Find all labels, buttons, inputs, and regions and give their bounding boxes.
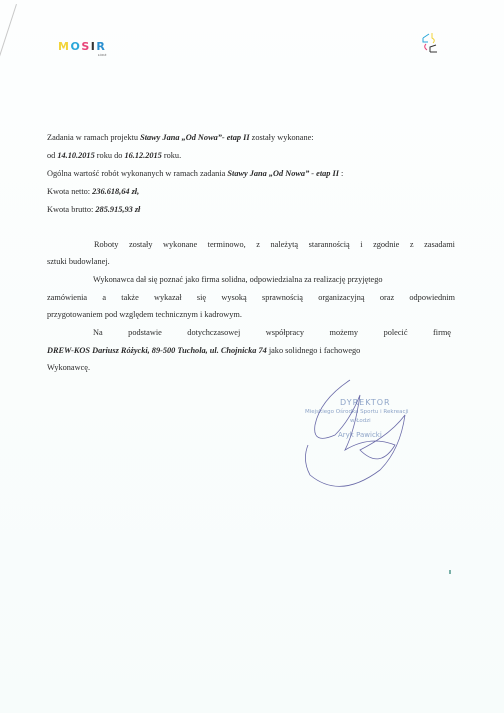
text: Zadania w ramach projektu [47, 133, 140, 142]
text: od [47, 151, 57, 160]
logo-letter: O [70, 40, 80, 53]
text: roku do [95, 151, 125, 160]
brutto-label: Kwota brutto: [47, 205, 95, 214]
p3-line3: przygotowaniem pod względem technicznym … [47, 310, 242, 319]
start-date: 14.10.2015 [57, 151, 94, 160]
p2-line1: Roboty zostały wykonane terminowo, z nal… [94, 240, 455, 249]
lodz-emblem-icon [420, 32, 442, 56]
brutto-line: Kwota brutto: 285.915,93 zł [47, 205, 140, 214]
text: roku. [162, 151, 181, 160]
p2-line2: sztuki budowlanej. [47, 257, 110, 266]
p3-line2: zamówienia a także wykazał się wysoką sp… [47, 293, 455, 302]
project-name: Stawy Jana „Od Nowa”- etap II [140, 133, 249, 142]
text: : [339, 169, 343, 178]
p4-line3: Wykonawcę. [47, 363, 90, 372]
scan-edge-line [0, 4, 17, 96]
project-line: Zadania w ramach projektu Stawy Jana „Od… [47, 133, 314, 142]
date-line: od 14.10.2015 roku do 16.12.2015 roku. [47, 151, 181, 160]
signature [300, 375, 420, 505]
logo-subtitle: ŁÓDŹ [98, 53, 106, 57]
scan-speck [449, 570, 451, 574]
contractor-name: DREW-KOS Dariusz Różycki, 89-500 Tuchola… [47, 346, 267, 355]
mosir-logo: M O S I R [58, 40, 105, 53]
netto-label: Kwota netto: [47, 187, 92, 196]
text: zostały wykonane: [250, 133, 314, 142]
end-date: 16.12.2015 [124, 151, 161, 160]
logo-letter: I [91, 40, 96, 53]
text: Ogólna wartość robót wykonanych w ramach… [47, 169, 227, 178]
p4-line1: Na podstawie dotychczasowej współpracy m… [93, 328, 451, 337]
netto-line: Kwota netto: 236.618,64 zł, [47, 187, 139, 196]
netto-value: 236.618,64 zł, [92, 187, 139, 196]
value-line: Ogólna wartość robót wykonanych w ramach… [47, 169, 343, 178]
logo-letter: R [96, 40, 105, 53]
p4-line2: DREW-KOS Dariusz Różycki, 89-500 Tuchola… [47, 346, 360, 355]
text: jako solidnego i fachowego [267, 346, 361, 355]
brutto-value: 285.915,93 zł [95, 205, 140, 214]
project-name: Stawy Jana „Od Nowa” - etap II [227, 169, 339, 178]
logo-letter: M [58, 40, 69, 53]
logo-letter: S [81, 40, 89, 53]
p3-line1: Wykonawca dał się poznać jako firma soli… [93, 275, 383, 284]
document-page: M O S I R ŁÓDŹ Zadania w ramach projektu… [0, 0, 504, 713]
